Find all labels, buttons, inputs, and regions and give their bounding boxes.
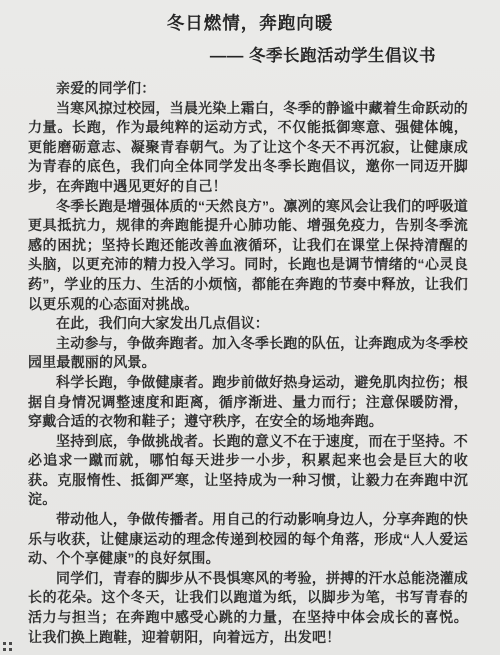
paragraph-proposal-1: 主动参与，争做奔跑者。加入冬季长跑的队伍，让奔跑成为冬季校园里最靓丽的风景。 bbox=[28, 334, 468, 373]
paragraph-intro: 当寒风掠过校园，当晨光染上霜白，冬季的静谧中藏着生命跃动的力量。长跑，作为最纯粹… bbox=[28, 99, 468, 197]
document-page: 冬日燃情，奔跑向暖 —— 冬季长跑活动学生倡议书 亲爱的同学们： 当寒风掠过校园… bbox=[0, 0, 500, 655]
document-title: 冬日燃情，奔跑向暖 bbox=[0, 0, 500, 34]
document-subtitle: —— 冬季长跑活动学生倡议书 bbox=[0, 46, 500, 67]
salutation: 亲爱的同学们： bbox=[28, 79, 468, 99]
paragraph-benefits: 冬季长跑是增强体质的“天然良方”。凛冽的寒风会让我们的呼吸道更具抵抗力，规律的奔… bbox=[28, 197, 468, 315]
paragraph-proposal-2: 科学长跑，争做健康者。跑步前做好热身运动，避免肌肉拉伤；根据自身情况调整速度和距… bbox=[28, 373, 468, 432]
corner-dots-mark bbox=[3, 642, 6, 645]
letter-body: 亲爱的同学们： 当寒风掠过校园，当晨光染上霜白，冬季的静谧中藏着生命跃动的力量。… bbox=[0, 79, 500, 647]
paragraph-proposal-3: 坚持到底，争做挑战者。长跑的意义不在于速度，而在于坚持。不必追求一蹴而就，哪怕每… bbox=[28, 432, 468, 510]
paragraph-proposal-lead: 在此，我们向大家发出几点倡议： bbox=[28, 314, 468, 334]
paragraph-closing: 同学们，青春的脚步从不畏惧寒风的考验，拼搏的汗水总能浇灌成长的花朵。这个冬天，让… bbox=[28, 569, 468, 647]
paragraph-proposal-4: 带动他人，争做传播者。用自己的行动影响身边人，分享奔跑的快乐与收获，让健康运动的… bbox=[28, 510, 468, 569]
